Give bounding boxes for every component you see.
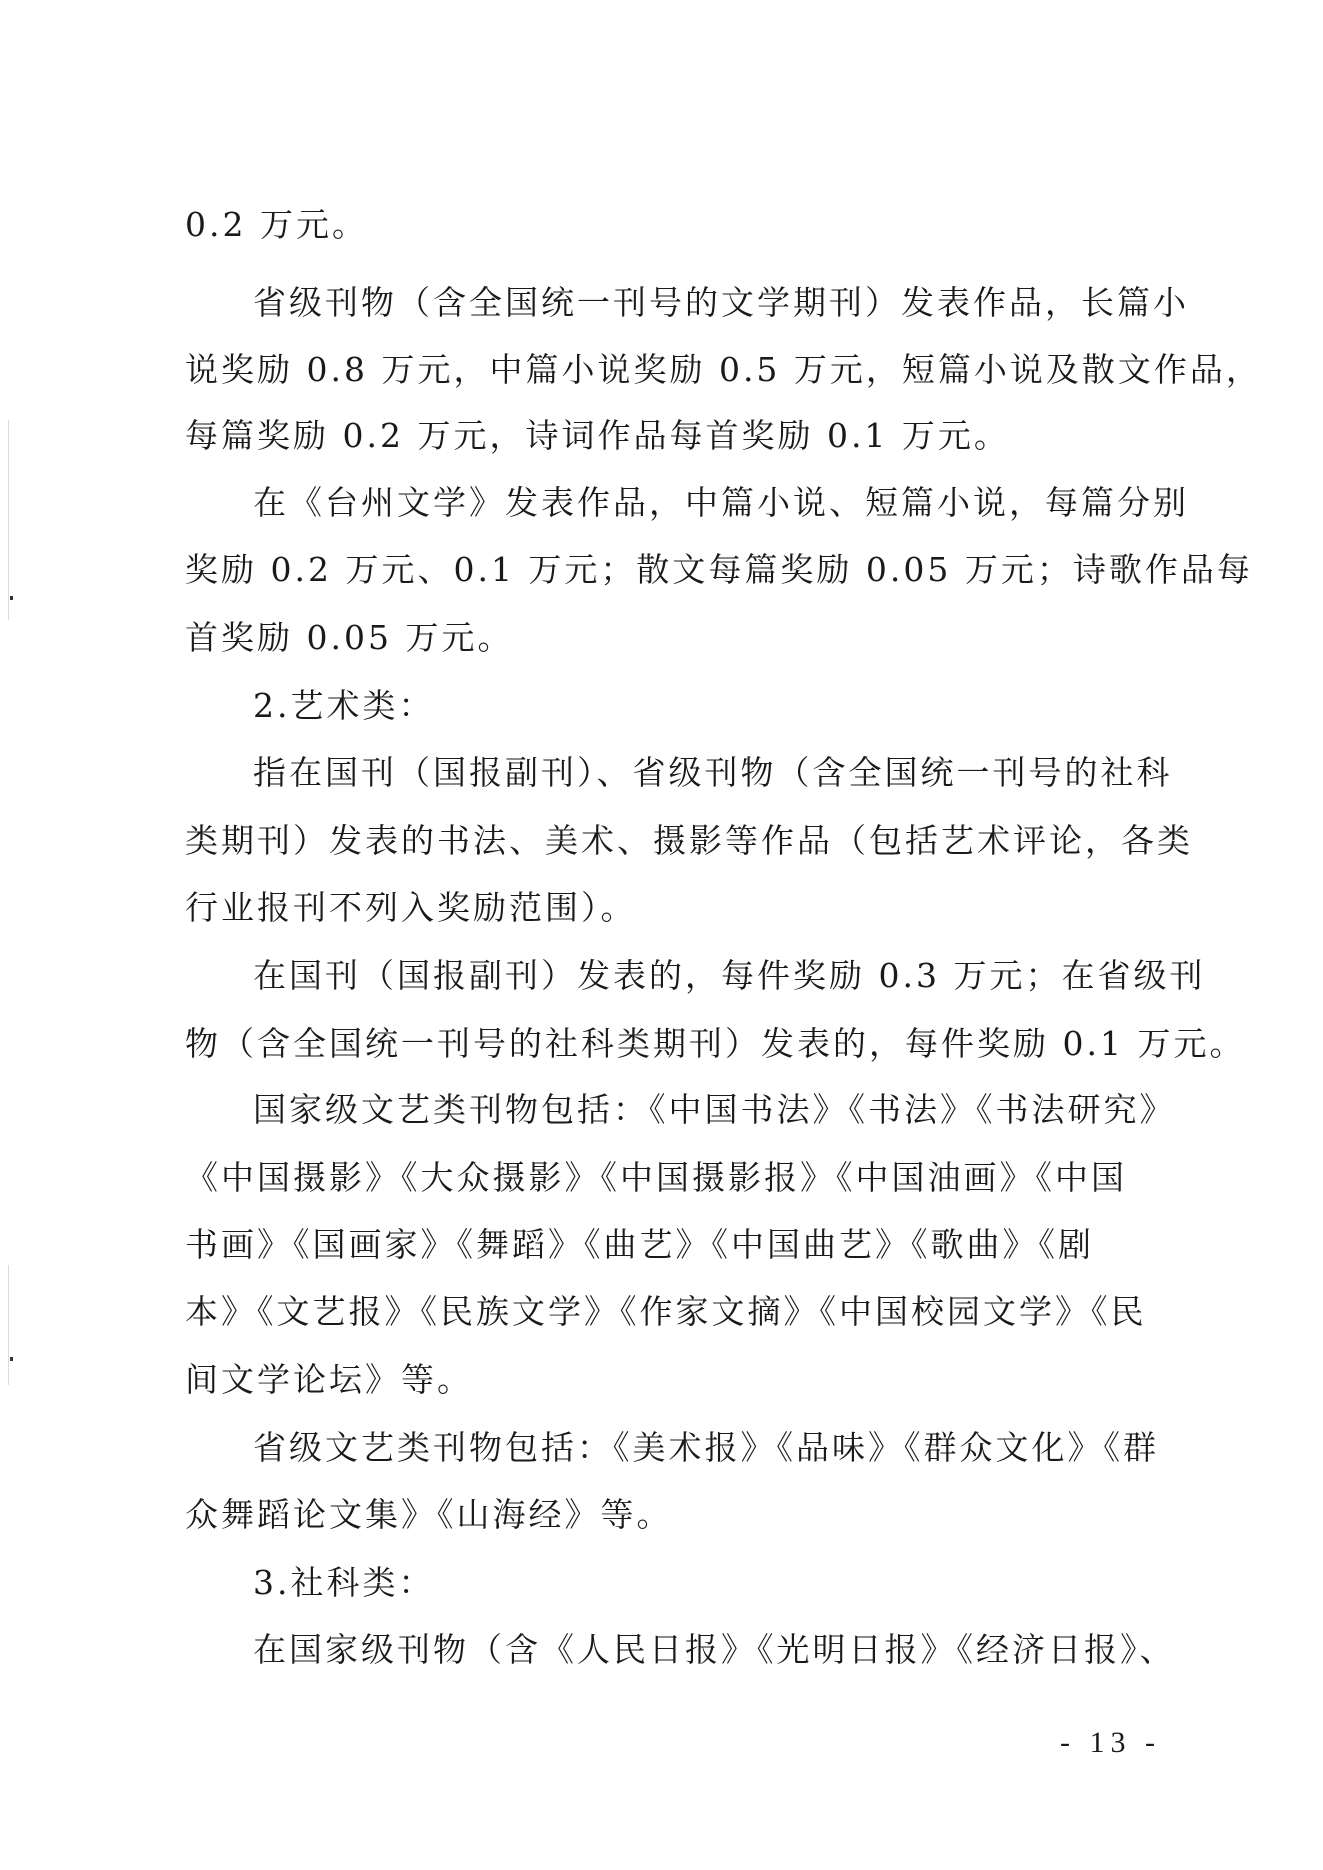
paragraph-first-line: 指在国刊（国报副刊）、省级刊物（含全国统一刊号的社科 xyxy=(253,753,1233,793)
paragraph-first-line: 省级刊物（含全国统一刊号的文学期刊）发表作品，长篇小 xyxy=(253,283,1233,323)
paragraph-line: 每篇奖励 0.2 万元，诗词作品每首奖励 0.1 万元。 xyxy=(185,416,1165,456)
paragraph-line: 类期刊）发表的书法、美术、摄影等作品（包括艺术评论，各类 xyxy=(185,821,1165,861)
scan-speck xyxy=(10,596,13,600)
paragraph-first-line: 在《台州文学》发表作品，中篇小说、短篇小说，每篇分别 xyxy=(253,483,1233,523)
paragraph-first-line: 3.社科类： xyxy=(253,1563,1233,1603)
paragraph-first-line: 省级文艺类刊物包括：《美术报》《品味》《群众文化》《群 xyxy=(253,1428,1233,1468)
paragraph-line: 行业报刊不列入奖励范围）。 xyxy=(185,888,1165,928)
paragraph-line: 间文学论坛》等。 xyxy=(185,1360,1165,1400)
paragraph-first-line: 国家级文艺类刊物包括：《中国书法》《书法》《书法研究》 xyxy=(253,1090,1233,1130)
paragraph-line: 0.2 万元。 xyxy=(185,205,1165,245)
page-number: - 13 - xyxy=(1060,1726,1161,1760)
paragraph-first-line: 在国家级刊物（含《人民日报》《光明日报》《经济日报》、 xyxy=(253,1630,1233,1670)
paragraph-line: 本》《文艺报》《民族文学》《作家文摘》《中国校园文学》《民 xyxy=(185,1292,1165,1332)
paragraph-first-line: 2.艺术类： xyxy=(253,686,1233,726)
scan-edge-mark xyxy=(8,420,9,620)
document-page: 0.2 万元。省级刊物（含全国统一刊号的文学期刊）发表作品，长篇小说奖励 0.8… xyxy=(0,0,1323,1870)
paragraph-line: 众舞蹈论文集》《山海经》等。 xyxy=(185,1495,1165,1535)
scan-edge-mark xyxy=(8,1265,9,1385)
paragraph-first-line: 在国刊（国报副刊）发表的，每件奖励 0.3 万元；在省级刊 xyxy=(253,956,1233,996)
paragraph-line: 《中国摄影》《大众摄影》《中国摄影报》《中国油画》《中国 xyxy=(185,1158,1165,1198)
paragraph-line: 首奖励 0.05 万元。 xyxy=(185,618,1165,658)
paragraph-line: 物（含全国统一刊号的社科类期刊）发表的，每件奖励 0.1 万元。 xyxy=(185,1024,1165,1064)
paragraph-line: 说奖励 0.8 万元，中篇小说奖励 0.5 万元，短篇小说及散文作品， xyxy=(185,350,1165,390)
paragraph-line: 书画》《国画家》《舞蹈》《曲艺》《中国曲艺》《歌曲》《剧 xyxy=(185,1225,1165,1265)
paragraph-line: 奖励 0.2 万元、0.1 万元；散文每篇奖励 0.05 万元；诗歌作品每 xyxy=(185,550,1165,590)
scan-speck xyxy=(10,1357,13,1361)
